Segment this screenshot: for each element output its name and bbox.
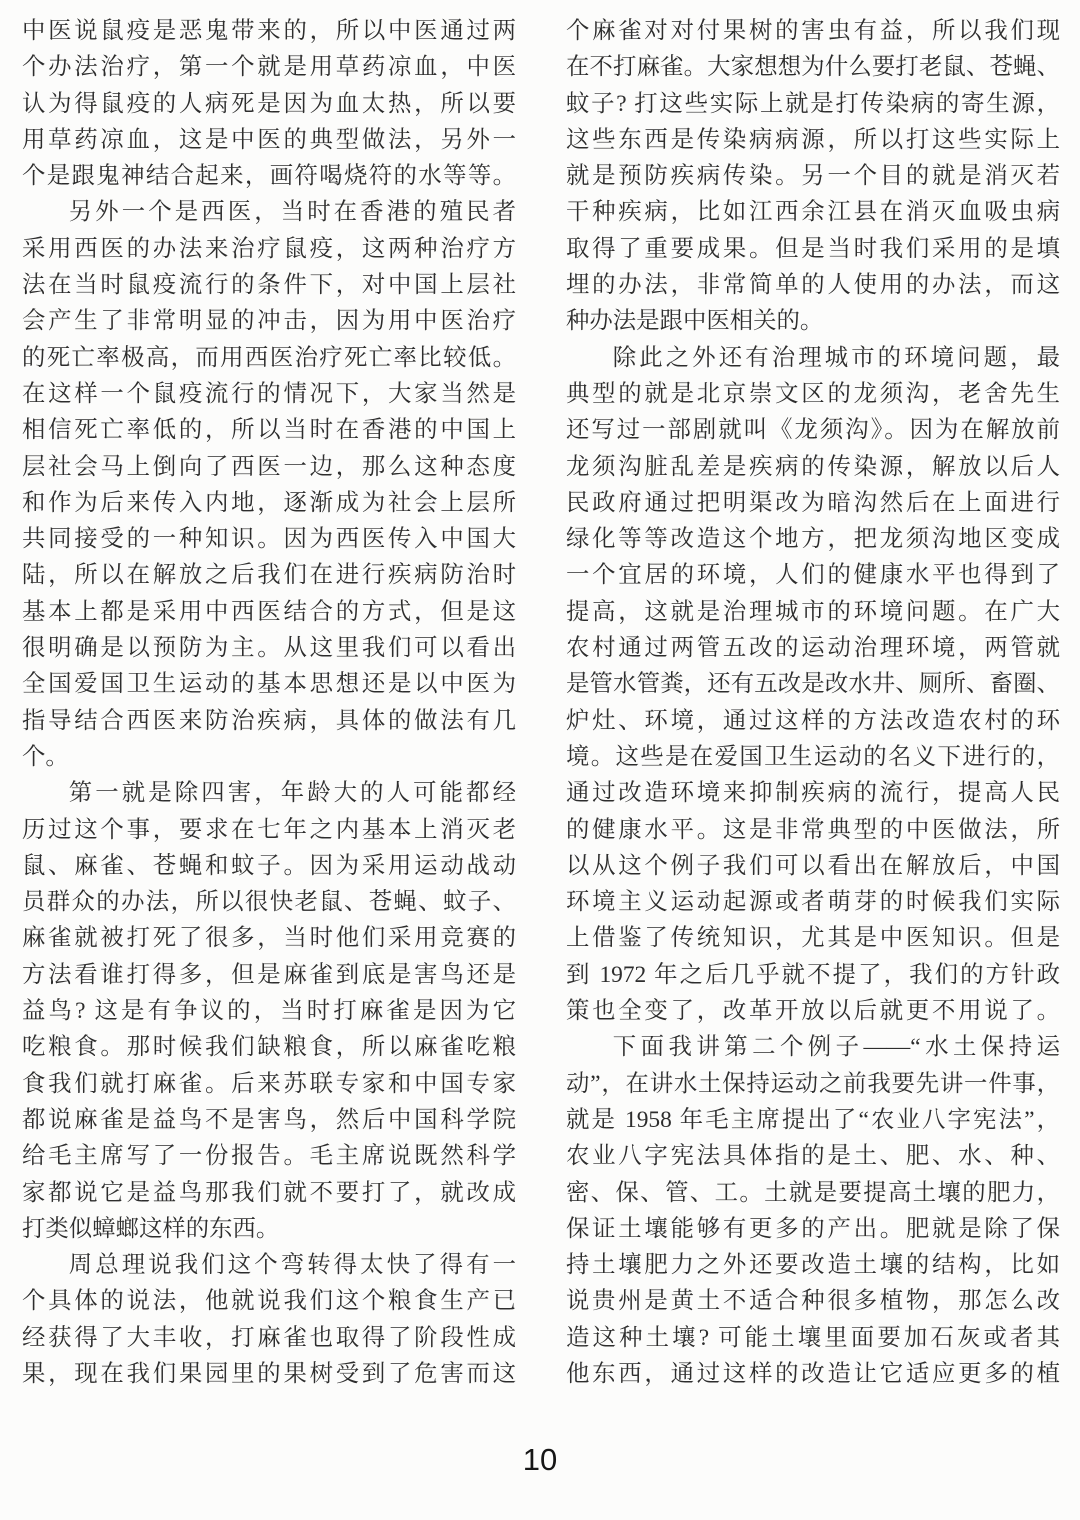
text-line: 给毛主席写了一份报告。毛主席说既然科学 xyxy=(22,1138,516,1174)
text-line: 下面我讲第二个例子——“水土保持运 xyxy=(566,1029,1060,1065)
text-line: 个。 xyxy=(22,739,516,775)
text-line: 益鸟? 这是有争议的，当时打麻雀是因为它 xyxy=(22,993,516,1029)
document-page: 中医说鼠疫是恶鬼带来的，所以中医通过两个办法治疗，第一个就是用草药凉血，中医认为… xyxy=(0,0,1080,1520)
text-line: 另外一个是西医，当时在香港的殖民者 xyxy=(22,194,516,230)
text-line: 个办法治疗，第一个就是用草药凉血，中医 xyxy=(22,49,516,85)
text-line: 相信死亡率低的，所以当时在香港的中国上 xyxy=(22,412,516,448)
text-line: 用草药凉血，这是中医的典型做法，另外一 xyxy=(22,122,516,158)
text-line: 会产生了非常明显的冲击，因为用中医治疗 xyxy=(22,303,516,339)
text-line: 很明确是以预防为主。从这里我们可以看出 xyxy=(22,630,516,666)
text-line: 典型的就是北京崇文区的龙须沟，老舍先生 xyxy=(566,376,1060,412)
text-line: 层社会马上倒向了西医一边，那么这种态度 xyxy=(22,449,516,485)
text-line: 食我们就打麻雀。后来苏联专家和中国专家 xyxy=(22,1066,516,1102)
text-line: 取得了重要成果。但是当时我们采用的是填 xyxy=(566,231,1060,267)
text-line: 都说麻雀是益鸟不是害鸟，然后中国科学院 xyxy=(22,1102,516,1138)
text-line: 通过改造环境来抑制疾病的流行，提高人民 xyxy=(566,775,1060,811)
text-line: 民政府通过把明渠改为暗沟然后在上面进行 xyxy=(566,485,1060,521)
text-line: 员群众的办法，所以很快老鼠、苍蝇、蚊子、 xyxy=(22,884,516,920)
text-line: 第一就是除四害，年龄大的人可能都经 xyxy=(22,775,516,811)
text-line: 和作为后来传入内地，逐渐成为社会上层所 xyxy=(22,485,516,521)
text-line: 农业八字宪法具体指的是土、肥、水、种、 xyxy=(566,1138,1060,1174)
text-line: 干种疾病，比如江西余江县在消灭血吸虫病 xyxy=(566,194,1060,230)
text-line: 家都说它是益鸟那我们就不要打了，就改成 xyxy=(22,1175,516,1211)
text-line: 种办法是跟中医相关的。 xyxy=(566,303,1060,339)
text-line: 个麻雀对对付果树的害虫有益，所以我们现 xyxy=(566,13,1060,49)
text-line: 蚊子? 打这些实际上就是打传染病的寄生源， xyxy=(566,86,1060,122)
text-line: 就是 1958 年毛主席提出了“农业八字宪法”， xyxy=(566,1102,1060,1138)
text-line: 就是预防疾病传染。另一个目的就是消灭若 xyxy=(566,158,1060,194)
text-line: 持土壤肥力之外还要改造土壤的结构，比如 xyxy=(566,1247,1060,1283)
text-line: 炉灶、环境，通过这样的方法改造农村的环 xyxy=(566,703,1060,739)
text-line: 保证土壤能够有更多的产出。肥就是除了保 xyxy=(566,1211,1060,1247)
text-line: 方法看谁打得多，但是麻雀到底是害鸟还是 xyxy=(22,957,516,993)
text-line: 法在当时鼠疫流行的条件下，对中国上层社 xyxy=(22,267,516,303)
text-line: 还写过一部剧就叫《龙须沟》。因为在解放前 xyxy=(566,412,1060,448)
text-line: 中医说鼠疫是恶鬼带来的，所以中医通过两 xyxy=(22,13,516,49)
text-line: 个具体的说法，他就说我们这个粮食生产已 xyxy=(22,1283,516,1319)
text-line: 吃粮食。那时候我们缺粮食，所以麻雀吃粮 xyxy=(22,1029,516,1065)
text-line: 陆，所以在解放之后我们在进行疾病防治时 xyxy=(22,557,516,593)
text-line: 一个宜居的环境，人们的健康水平也得到了 xyxy=(566,557,1060,593)
text-line: 提高，这就是治理城市的环境问题。在广大 xyxy=(566,594,1060,630)
text-line: 动”，在讲水土保持运动之前我要先讲一件事， xyxy=(566,1066,1060,1102)
text-line: 以从这个例子我们可以看出在解放后，中国 xyxy=(566,848,1060,884)
text-line: 绿化等等改造这个地方，把龙须沟地区变成 xyxy=(566,521,1060,557)
text-line: 经获得了大丰收，打麻雀也取得了阶段性成 xyxy=(22,1320,516,1356)
text-line: 的健康水平。这是非常典型的中医做法，所 xyxy=(566,812,1060,848)
text-line: 果，现在我们果园里的果树受到了危害而这 xyxy=(22,1356,516,1392)
text-line: 基本上都是采用中西医结合的方式，但是这 xyxy=(22,594,516,630)
text-line: 埋的办法，非常简单的人使用的办法，而这 xyxy=(566,267,1060,303)
text-line: 在不打麻雀。大家想想为什么要打老鼠、苍蝇、 xyxy=(566,49,1060,85)
text-line: 这些东西是传染病病源，所以打这些实际上 xyxy=(566,122,1060,158)
text-line: 历过这个事，要求在七年之内基本上消灭老 xyxy=(22,812,516,848)
text-line: 认为得鼠疫的人病死是因为血太热，所以要 xyxy=(22,86,516,122)
text-line: 麻雀就被打死了很多，当时他们采用竞赛的 xyxy=(22,920,516,956)
right-column: 个麻雀对对付果树的害虫有益，所以我们现在不打麻雀。大家想想为什么要打老鼠、苍蝇、… xyxy=(566,13,1060,1392)
text-line: 全国爱国卫生运动的基本思想还是以中医为 xyxy=(22,666,516,702)
text-line: 说贵州是黄土不适合种很多植物，那怎么改 xyxy=(566,1283,1060,1319)
text-line: 农村通过两管五改的运动治理环境，两管就 xyxy=(566,630,1060,666)
text-line: 环境主义运动起源或者萌芽的时候我们实际 xyxy=(566,884,1060,920)
text-line: 共同接受的一种知识。因为西医传入中国大 xyxy=(22,521,516,557)
text-line: 周总理说我们这个弯转得太快了得有一 xyxy=(22,1247,516,1283)
left-column: 中医说鼠疫是恶鬼带来的，所以中医通过两个办法治疗，第一个就是用草药凉血，中医认为… xyxy=(22,13,516,1392)
text-line: 龙须沟脏乱差是疾病的传染源，解放以后人 xyxy=(566,449,1060,485)
text-line: 在这样一个鼠疫流行的情况下，大家当然是 xyxy=(22,376,516,412)
text-line: 的死亡率极高，而用西医治疗死亡率比较低。 xyxy=(22,340,516,376)
text-line: 造这种土壤? 可能土壤里面要加石灰或者其 xyxy=(566,1320,1060,1356)
text-line: 鼠、麻雀、苍蝇和蚊子。因为采用运动战动 xyxy=(22,848,516,884)
text-line: 除此之外还有治理城市的环境问题，最 xyxy=(566,340,1060,376)
text-line: 打类似蟑螂这样的东西。 xyxy=(22,1211,516,1247)
text-line: 上借鉴了传统知识，尤其是中医知识。但是 xyxy=(566,920,1060,956)
text-line: 境。这些是在爱国卫生运动的名义下进行的， xyxy=(566,739,1060,775)
text-line: 他东西，通过这样的改造让它适应更多的植 xyxy=(566,1356,1060,1392)
text-line: 采用西医的办法来治疗鼠疫，这两种治疗方 xyxy=(22,231,516,267)
text-line: 密、保、管、工。土就是要提高土壤的肥力， xyxy=(566,1175,1060,1211)
text-line: 是管水管粪，还有五改是改水井、厕所、畜圈、 xyxy=(566,666,1060,702)
text-line: 个是跟鬼神结合起来，画符喝烧符的水等等。 xyxy=(22,158,516,194)
page-number: 10 xyxy=(0,1442,1080,1478)
text-line: 指导结合西医来防治疾病，具体的做法有几 xyxy=(22,703,516,739)
text-line: 到 1972 年之后几乎就不提了，我们的方针政 xyxy=(566,957,1060,993)
text-line: 策也全变了，改革开放以后就更不用说了。 xyxy=(566,993,1060,1029)
